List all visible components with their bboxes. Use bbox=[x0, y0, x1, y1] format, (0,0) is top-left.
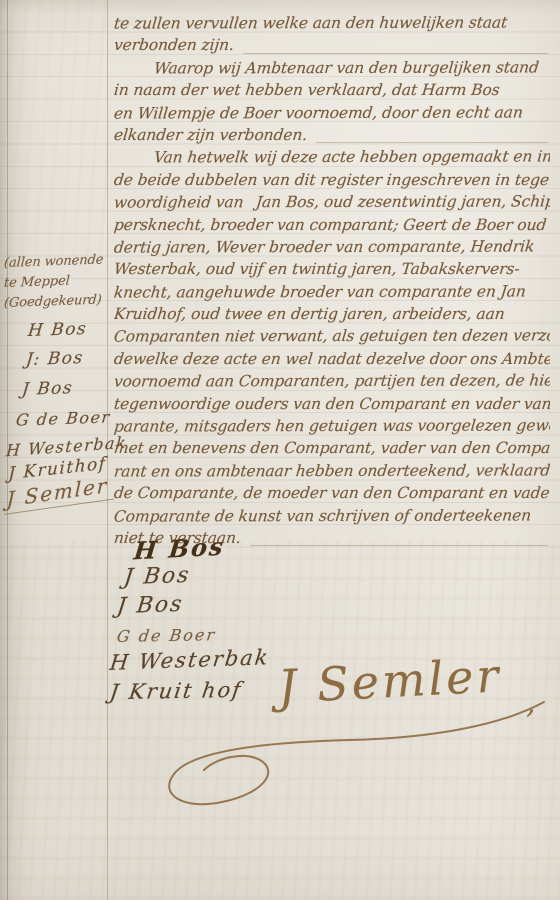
line-filler-stroke bbox=[250, 545, 548, 546]
manuscript-text: de beide dubbelen van dit register inges… bbox=[114, 171, 550, 189]
manuscript-page: (allen wonende te Meppel (Goedgekeurd) H… bbox=[0, 0, 560, 900]
manuscript-line: Waarop wij Ambtenaar van den burgelijken… bbox=[114, 58, 550, 82]
margin-signature-text: H Westerbak bbox=[5, 433, 127, 461]
margin-signature: G de Boer bbox=[16, 407, 111, 429]
manuscript-line: voornoemd aan Comparanten, partijen ten … bbox=[114, 372, 550, 396]
manuscript-text: rant en ons ambtenaar hebben onderteeken… bbox=[114, 461, 550, 480]
official-signature: J Semler , bbox=[140, 652, 558, 822]
margin-annotation-text: te Meppel bbox=[4, 274, 71, 291]
margin-annotation-line: (Goedgekeurd) bbox=[4, 292, 114, 311]
witness-signature: J Bos bbox=[124, 563, 191, 590]
official-signature-mark: , bbox=[526, 686, 536, 721]
manuscript-line: rant en ons ambtenaar hebben onderteeken… bbox=[114, 461, 550, 485]
manuscript-text: parante, mitsgaders hen getuigen was voo… bbox=[114, 416, 550, 435]
witness-signature: H Bos bbox=[133, 532, 225, 566]
margin-signature-text: J: Bos bbox=[25, 348, 85, 370]
manuscript-text: Jan Bos, oud zesentwintig jaren, Schip- bbox=[255, 193, 550, 212]
margin-annotation-line: te Meppel bbox=[4, 272, 114, 291]
margin-signature: J: Bos bbox=[26, 348, 84, 370]
manuscript-text: Waarop wij Ambtenaar van den burgelijken… bbox=[153, 58, 540, 77]
manuscript-line: Comparante de kunst van schrijven of ond… bbox=[114, 506, 550, 530]
manuscript-line: parante, mitsgaders hen getuigen was voo… bbox=[114, 416, 550, 440]
manuscript-line: dertig jaren, Wever broeder van comparan… bbox=[114, 237, 550, 261]
manuscript-text: woordigheid van bbox=[114, 193, 245, 211]
manuscript-text: de Comparante, de moeder van den Compara… bbox=[114, 484, 550, 502]
margin-signature: H Westerbak bbox=[5, 433, 127, 460]
manuscript-text: Westerbak, oud vijf en twintig jaren, Ta… bbox=[114, 260, 521, 278]
manuscript-text: persknecht, broeder van comparant; Geert… bbox=[114, 216, 547, 234]
line-filler-stroke bbox=[243, 53, 548, 54]
manuscript-line: elkander zijn verbonden. bbox=[114, 126, 550, 148]
witness-signature: G de Boer bbox=[117, 625, 216, 646]
manuscript-text: te zullen vervullen welke aan den huweli… bbox=[114, 14, 508, 33]
manuscript-text: en Willempje de Boer voornoemd, door den… bbox=[114, 103, 524, 122]
manuscript-text: Van hetwelk wij deze acte hebben opgemaa… bbox=[153, 148, 550, 167]
line-filler-stroke bbox=[316, 142, 548, 143]
manuscript-line: te zullen vervullen welke aan den huweli… bbox=[114, 13, 550, 37]
manuscript-line: woordigheid vanJan Bos, oud zesentwintig… bbox=[114, 193, 550, 217]
manuscript-line: Comparanten niet verwant, als getuigen t… bbox=[114, 327, 550, 351]
manuscript-line: en Willempje de Boer voornoemd, door den… bbox=[114, 103, 550, 127]
manuscript-text: met en benevens den Comparant, vader van… bbox=[114, 439, 550, 457]
manuscript-line: Kruidhof, oud twee en dertig jaren, arbe… bbox=[114, 305, 550, 327]
manuscript-line: knecht, aangehuwde broeder van comparant… bbox=[114, 282, 550, 306]
margin-signature: J Bos bbox=[22, 378, 74, 400]
manuscript-text: dewelke deze acte en wel nadat dezelve d… bbox=[114, 350, 550, 368]
bleed-through-texture-top bbox=[0, 0, 110, 260]
margin-signature: H Bos bbox=[28, 319, 88, 341]
manuscript-line: in naam der wet hebben verklaard, dat Ha… bbox=[114, 81, 550, 103]
manuscript-text: Comparanten niet verwant, als getuigen t… bbox=[114, 327, 550, 346]
witness-signature-text: H Bos bbox=[133, 532, 227, 566]
manuscript-line: de beide dubbelen van dit register inges… bbox=[114, 171, 550, 193]
margin-signature-text: J Bos bbox=[21, 378, 74, 400]
manuscript-line: persknecht, broeder van comparant; Geert… bbox=[114, 216, 550, 238]
manuscript-line: verbonden zijn. bbox=[114, 36, 550, 58]
margin-annotation-line: (allen wonende bbox=[4, 252, 114, 271]
manuscript-line: de Comparante, de moeder van den Compara… bbox=[114, 484, 550, 506]
manuscript-text: Comparante de kunst van schrijven of ond… bbox=[114, 506, 532, 525]
witness-signature: J Bos bbox=[117, 592, 184, 619]
manuscript-line: Westerbak, oud vijf en twintig jaren, Ta… bbox=[114, 260, 550, 282]
witness-signature-text: G de Boer bbox=[116, 625, 218, 646]
margin-signature-text: H Bos bbox=[27, 319, 88, 341]
margin-signature-text: G de Boer bbox=[15, 407, 112, 429]
manuscript-line: Van hetwelk wij deze acte hebben opgemaa… bbox=[114, 148, 550, 172]
manuscript-text: in naam der wet hebben verklaard, dat Ha… bbox=[114, 81, 501, 99]
manuscript-line: met en benevens den Comparant, vader van… bbox=[114, 439, 550, 461]
manuscript-text-block: te zullen vervullen welke aan den huweli… bbox=[114, 14, 550, 551]
manuscript-text: voornoemd aan Comparanten, partijen ten … bbox=[114, 372, 550, 391]
manuscript-line: dewelke deze acte en wel nadat dezelve d… bbox=[114, 350, 550, 372]
manuscript-text: tegenwoordige ouders van den Comparant e… bbox=[114, 395, 550, 413]
witness-signature-text: J Bos bbox=[115, 592, 185, 619]
margin-annotation-text: (allen wonende bbox=[4, 252, 104, 271]
manuscript-text: verbonden zijn. bbox=[114, 36, 235, 54]
manuscript-text: Kruidhof, oud twee en dertig jaren, arbe… bbox=[114, 305, 506, 323]
witness-signature-text: J Bos bbox=[122, 563, 192, 590]
margin-annotation-text: (Goedgekeurd) bbox=[4, 292, 103, 310]
manuscript-text: dertig jaren, Wever broeder van comparan… bbox=[114, 237, 535, 256]
manuscript-text: elkander zijn verbonden. bbox=[114, 126, 308, 144]
manuscript-line: tegenwoordige ouders van den Comparant e… bbox=[114, 395, 550, 417]
manuscript-text: knecht, aangehuwde broeder van comparant… bbox=[114, 282, 527, 301]
